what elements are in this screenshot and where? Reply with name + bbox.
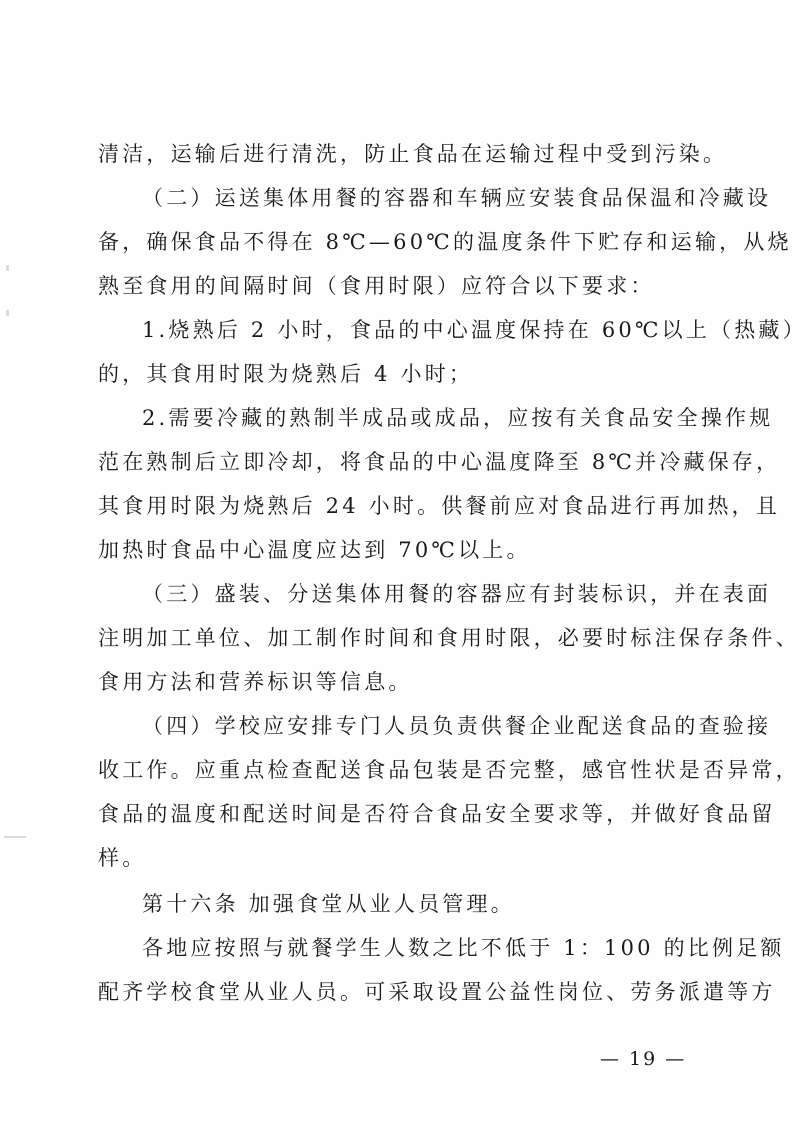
page-number: — 19 — (600, 1046, 686, 1072)
text-line-4: 熟至食用的间隔时间（食用时限）应符合以下要求： (98, 272, 698, 300)
text-line-7: 2.需要冷藏的熟制半成品或成品，应按有关食品安全操作规 (142, 404, 698, 432)
text-line-5: 1.烧熟后 2 小时，食品的中心温度保持在 60℃以上（热藏） (142, 316, 698, 344)
scan-artifact (6, 310, 9, 316)
text-line-11: （三）盛装、分送集体用餐的容器应有封装标识，并在表面 (142, 580, 698, 608)
text-line-8: 范在熟制后立即冷却，将食品的中心温度降至 8℃并冷藏保存， (98, 448, 698, 476)
text-line-9: 其食用时限为烧熟后 24 小时。供餐前应对食品进行再加热，且 (98, 492, 698, 520)
text-line-6: 的，其食用时限为烧熟后 4 小时； (98, 360, 698, 388)
text-line-17: 样。 (98, 844, 698, 872)
text-line-19: 各地应按照与就餐学生人数之比不低于 1：100 的比例足额 (142, 934, 698, 962)
text-line-16: 食品的温度和配送时间是否符合食品安全要求等，并做好食品留 (98, 800, 698, 828)
text-line-15: 收工作。应重点检查配送食品包装是否完整，感官性状是否异常， (98, 756, 698, 784)
text-line-1: 清洁，运输后进行清洗，防止食品在运输过程中受到污染。 (98, 140, 698, 168)
text-line-12: 注明加工单位、加工制作时间和食用时限，必要时标注保存条件、 (98, 624, 698, 652)
text-line-20: 配齐学校食堂从业人员。可采取设置公益性岗位、劳务派遣等方 (98, 978, 698, 1006)
article-heading: 第十六条 加强食堂从业人员管理。 (142, 890, 698, 918)
scan-artifact (4, 836, 26, 838)
scan-artifact (6, 265, 9, 271)
document-page: 清洁，运输后进行清洗，防止食品在运输过程中受到污染。 （二）运送集体用餐的容器和… (0, 0, 793, 1121)
text-line-14: （四）学校应安排专门人员负责供餐企业配送食品的查验接 (142, 712, 698, 740)
text-line-2: （二）运送集体用餐的容器和车辆应安装食品保温和冷藏设 (142, 184, 698, 212)
text-line-13: 食用方法和营养标识等信息。 (98, 668, 698, 696)
text-line-10: 加热时食品中心温度应达到 70℃以上。 (98, 536, 698, 564)
text-line-3: 备，确保食品不得在 8℃—60℃的温度条件下贮存和运输，从烧 (98, 228, 698, 256)
